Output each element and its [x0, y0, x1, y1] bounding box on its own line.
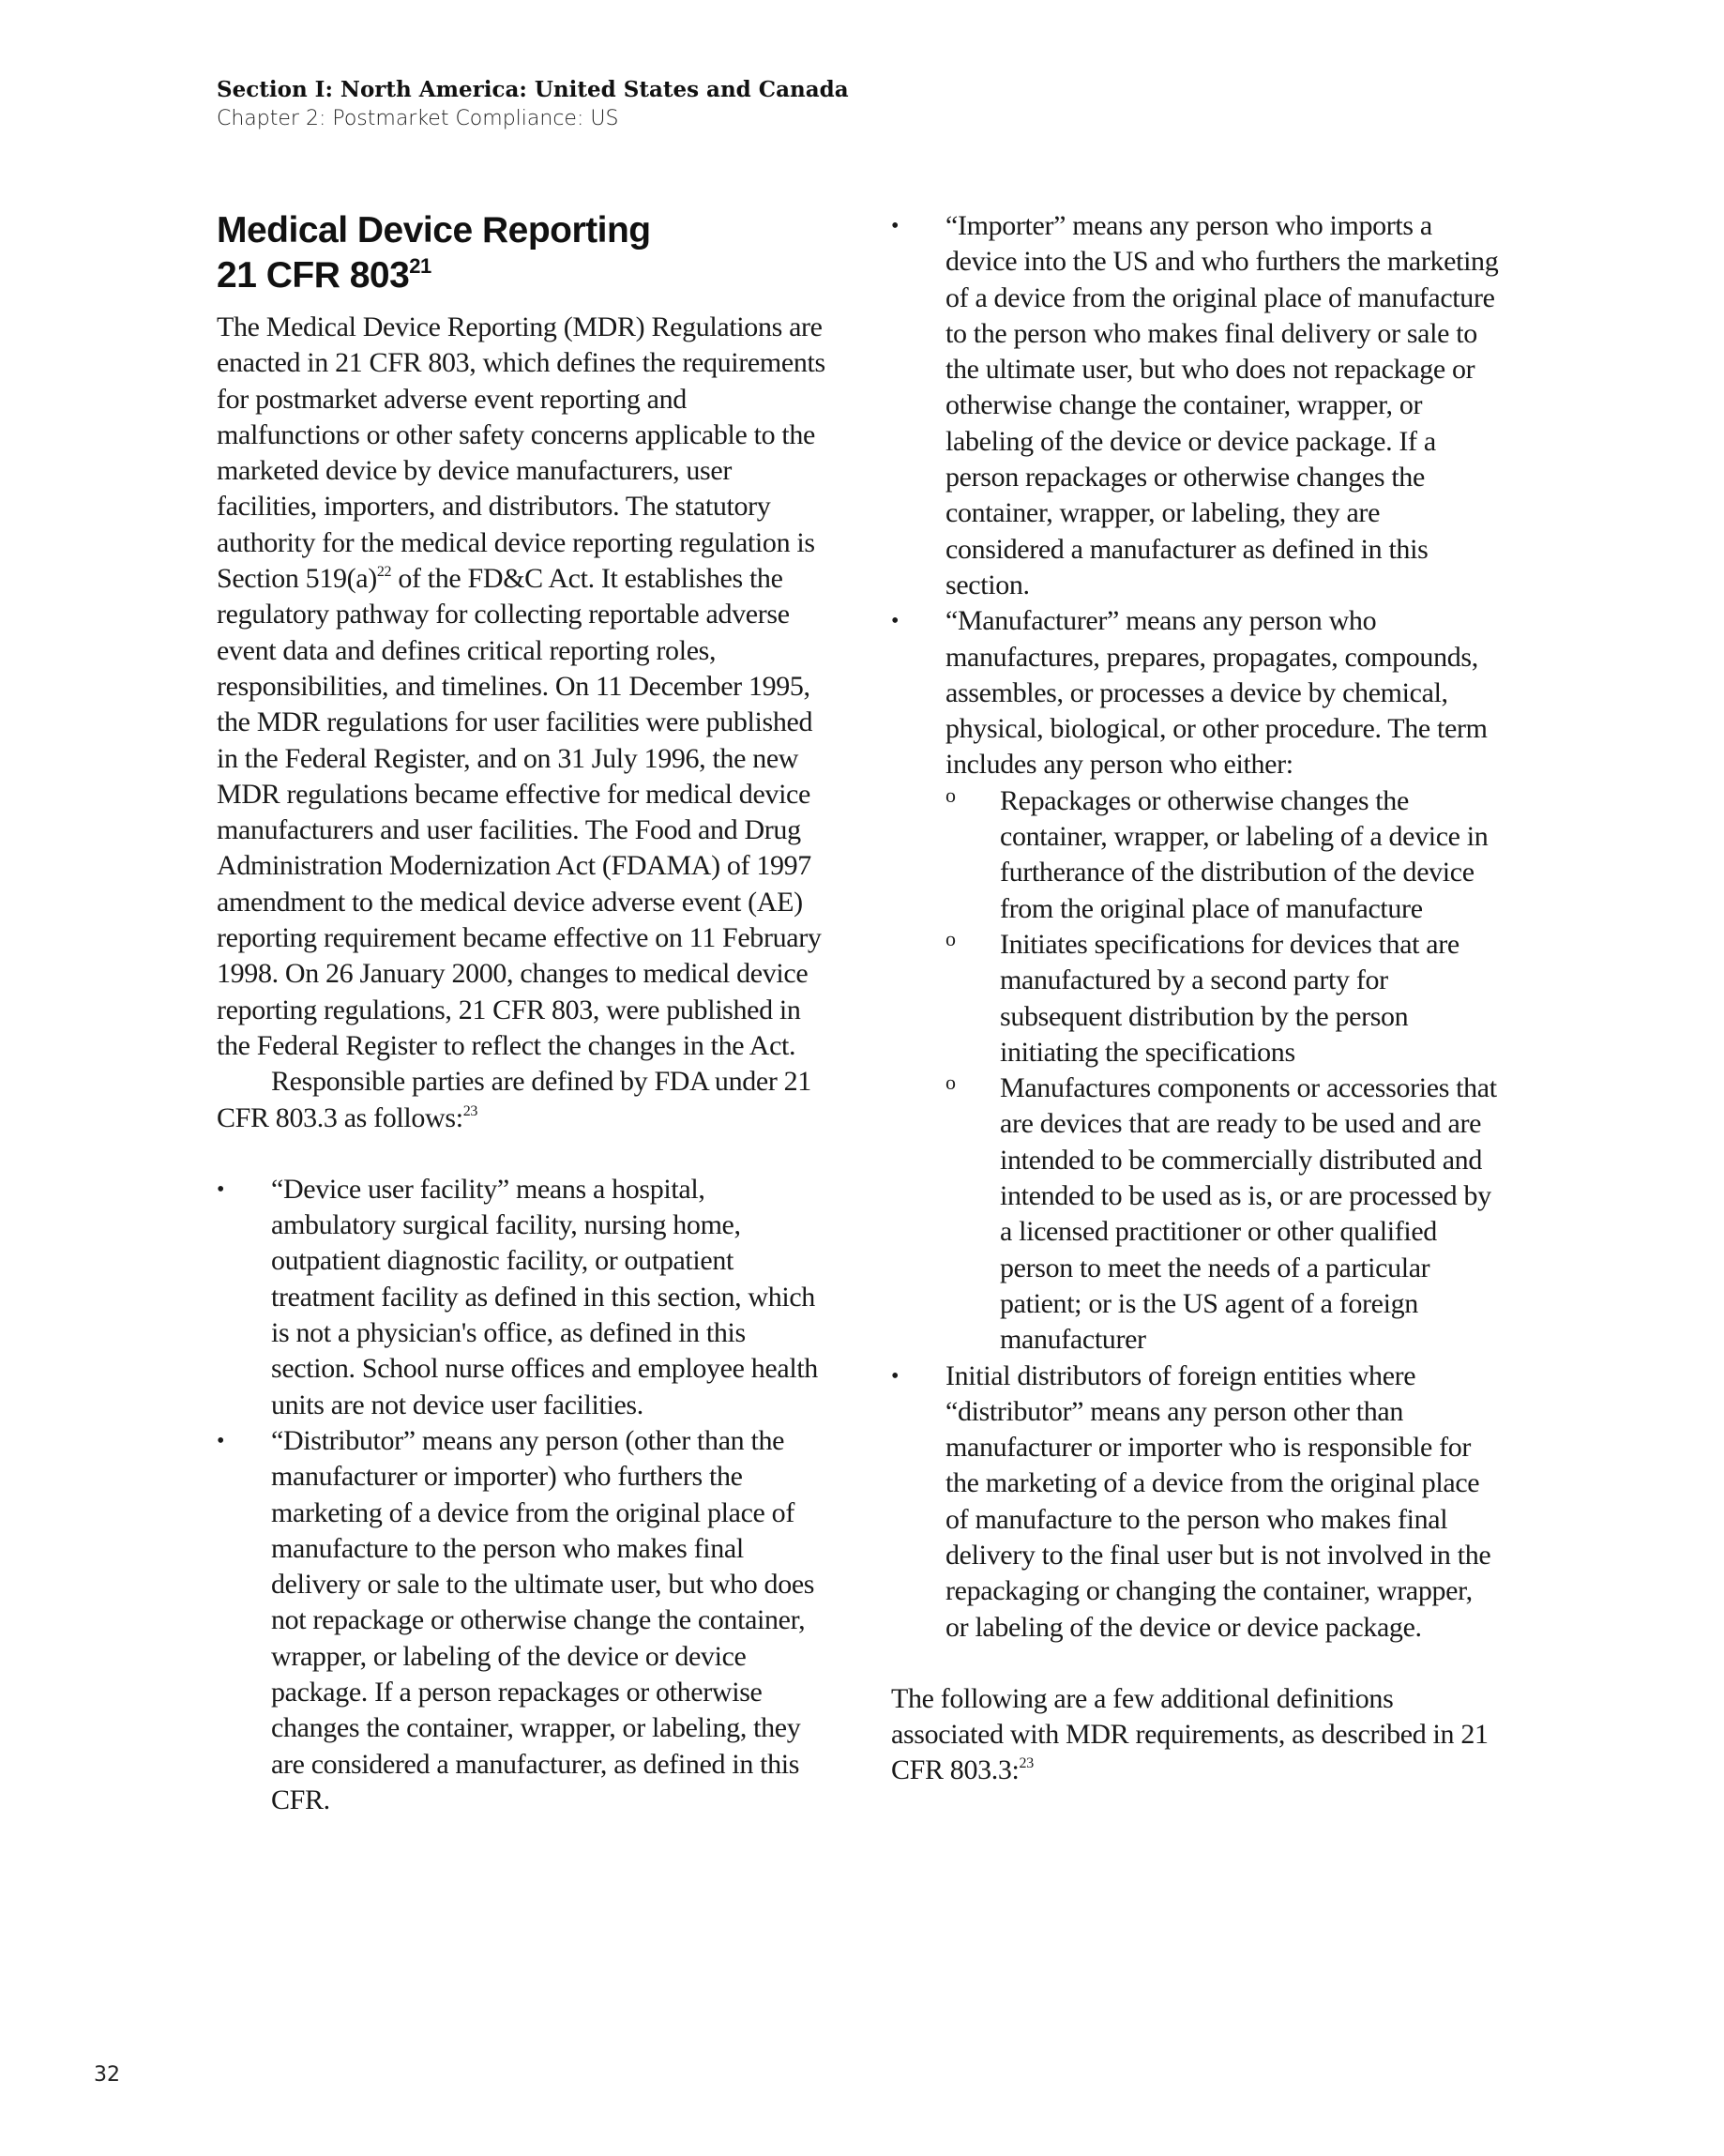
heading-line-1: Medical Device Reporting: [217, 210, 651, 251]
sub-bullet-icon: o: [945, 1065, 956, 1101]
heading-footnote: 21: [409, 254, 431, 278]
sub-item-repackages: o Repackages or otherwise changes the co…: [945, 783, 1501, 927]
definitions-list-right: • “Importer” means any person who import…: [891, 208, 1501, 1646]
right-column: • “Importer” means any person who import…: [891, 208, 1501, 1789]
definition-text: “Importer” means any person who imports …: [945, 210, 1498, 600]
definition-importer: • “Importer” means any person who import…: [891, 208, 1501, 603]
responsible-parties-paragraph: Responsible parties are defined by FDA u…: [217, 1064, 826, 1136]
chapter-title: Chapter 2: Postmarket Compliance: US: [217, 105, 849, 133]
sub-item-manufactures-components: o Manufactures components or accessories…: [945, 1070, 1501, 1358]
definition-manufacturer: • “Manufacturer” means any person who ma…: [891, 603, 1501, 1358]
definitions-list-left: • “Device user facility” means a hospita…: [217, 1172, 826, 1818]
running-head: Section I: North America: United States …: [217, 75, 849, 133]
sub-item-text: Manufactures components or accessories t…: [1000, 1072, 1497, 1355]
bullet-icon: •: [891, 603, 910, 639]
definition-distributor: • “Distributor” means any person (other …: [217, 1423, 826, 1818]
sub-bullet-icon: o: [945, 921, 956, 957]
intro-text-a: The Medical Device Reporting (MDR) Regul…: [217, 311, 825, 594]
footnote-ref: 22: [377, 564, 391, 580]
manufacturer-sub-list: o Repackages or otherwise changes the co…: [945, 783, 1501, 1359]
sub-bullet-icon: o: [945, 778, 956, 813]
bullet-icon: •: [891, 208, 910, 244]
sub-item-text: Initiates specifications for devices tha…: [1000, 929, 1459, 1068]
bullet-icon: •: [217, 1172, 235, 1207]
heading-line-2: 21 CFR 803: [217, 255, 409, 296]
definition-text: “Distributor” means any person (other th…: [271, 1425, 814, 1815]
intro-text-b: of the FD&C Act. It establishes the regu…: [217, 563, 822, 1061]
definition-device-user-facility: • “Device user facility” means a hospita…: [217, 1172, 826, 1423]
left-column: Medical Device Reporting 21 CFR 80321 Th…: [217, 208, 826, 1818]
section-title: Section I: North America: United States …: [217, 75, 849, 105]
responsible-parties-text: Responsible parties are defined by FDA u…: [217, 1066, 811, 1132]
closing-paragraph: The following are a few additional defin…: [891, 1681, 1501, 1789]
sub-item-initiates-specifications: o Initiates specifications for devices t…: [945, 927, 1501, 1070]
page-number: 32: [94, 2063, 120, 2087]
footnote-ref: 23: [1020, 1755, 1034, 1771]
bullet-icon: •: [891, 1359, 910, 1394]
bullet-icon: •: [217, 1423, 235, 1459]
sub-item-text: Repackages or otherwise changes the cont…: [1000, 785, 1488, 924]
intro-paragraph: The Medical Device Reporting (MDR) Regul…: [217, 310, 826, 1064]
footnote-ref: 23: [463, 1103, 477, 1119]
definition-text: “Device user facility” means a hospital,…: [271, 1174, 818, 1420]
definition-initial-distributors: • Initial distributors of foreign entiti…: [891, 1359, 1501, 1646]
closing-text: The following are a few additional defin…: [891, 1683, 1489, 1786]
definition-text: Initial distributors of foreign entities…: [945, 1360, 1490, 1643]
page-heading: Medical Device Reporting 21 CFR 80321: [217, 208, 826, 298]
definition-text: “Manufacturer” means any person who manu…: [945, 605, 1488, 780]
